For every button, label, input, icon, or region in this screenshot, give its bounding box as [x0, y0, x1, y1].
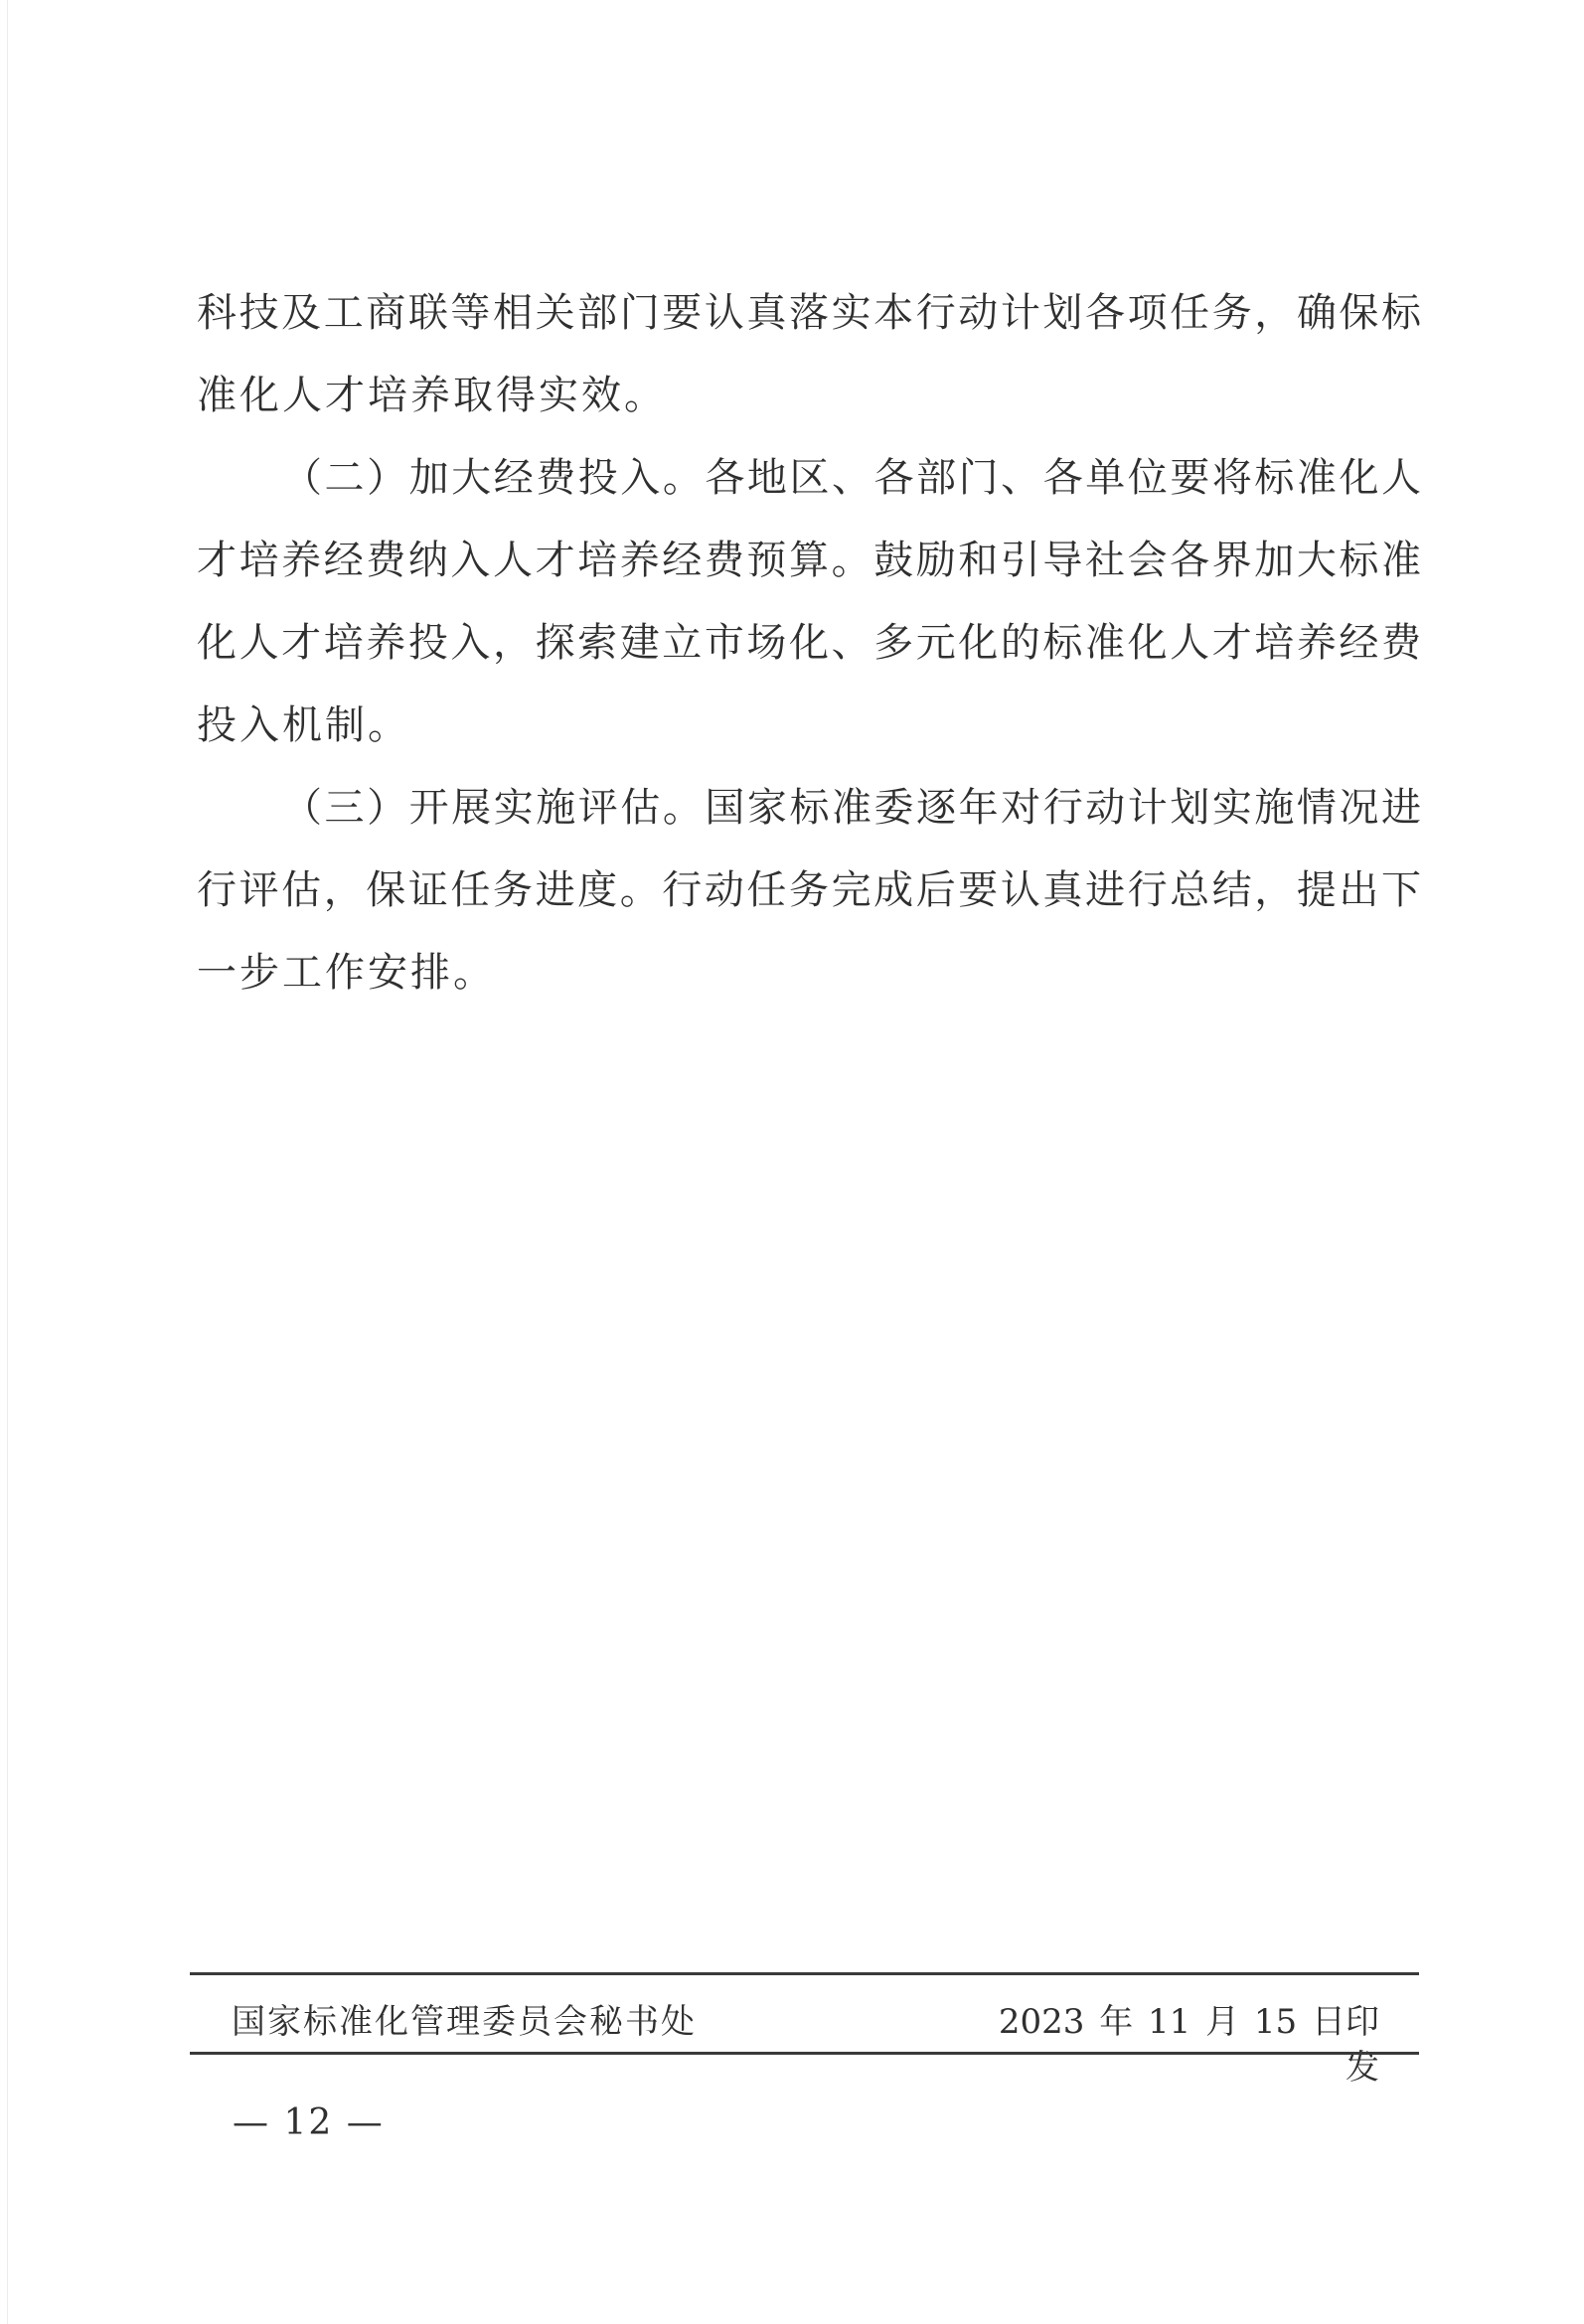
scan-edge-line	[7, 0, 8, 2324]
footer-top-rule	[190, 1972, 1419, 1975]
text-run: 各地区、各部门、各单位要将标准化人	[705, 455, 1421, 501]
paragraph-first-line: （三）开展实施评估。国家标准委逐年对行动计划实施情况进	[197, 767, 1421, 850]
text-line: 一步工作安排。	[197, 932, 1421, 1014]
text-line: 行评估，保证任务进度。行动任务完成后要认真进行总结，提出下	[197, 850, 1421, 932]
document-body: 科技及工商联等相关部门要认真落实本行动计划各项任务，确保标 准化人才培养取得实效…	[197, 272, 1421, 1014]
section-heading: （二）加大经费投入。	[282, 455, 705, 501]
paragraph-first-line: （二）加大经费投入。各地区、各部门、各单位要将标准化人	[197, 437, 1421, 520]
footer-issue-date: 2023 年 11 月 15 日印发	[997, 1999, 1379, 2091]
text-run: 国家标准委逐年对行动计划实施情况进	[705, 785, 1421, 831]
text-line: 才培养经费纳入人才培养经费预算。鼓励和引导社会各界加大标准	[197, 520, 1421, 602]
section-heading: （三）开展实施评估。	[282, 785, 705, 831]
text-line: 化人才培养投入，探索建立市场化、多元化的标准化人才培养经费	[197, 602, 1421, 685]
footer-issuer: 国家标准化管理委员会秘书处	[232, 1999, 697, 2045]
text-line: 准化人才培养取得实效。	[197, 355, 1421, 437]
text-line: 投入机制。	[197, 685, 1421, 767]
footer-bottom-rule	[190, 2052, 1419, 2055]
page-number: — 12 —	[233, 2100, 385, 2146]
text-line: 科技及工商联等相关部门要认真落实本行动计划各项任务，确保标	[197, 272, 1421, 355]
